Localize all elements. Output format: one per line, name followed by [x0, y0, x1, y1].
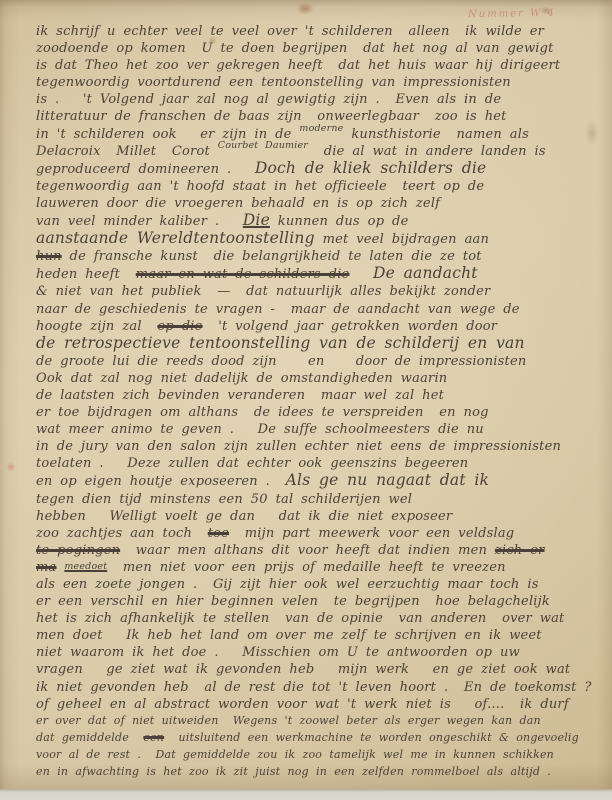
letter-text	[56, 560, 64, 575]
letter-line: van veel minder kaliber . Die kunnen dus…	[36, 212, 594, 230]
letter-text: als een zoete jongen . Gij zijt hier ook…	[36, 577, 539, 592]
letter-text: litteratuur de franschen de baas zijn on…	[36, 109, 507, 124]
letter-text: in de jury van den salon zijn zullen ech…	[36, 439, 561, 454]
letter-line: er een verschil en hier beginnen velen t…	[36, 593, 594, 610]
letter-line: dat gemiddelde een uitsluitend een werkm…	[36, 730, 594, 747]
letter-line: er over dat of niet uitweiden Wegens 't …	[36, 713, 594, 730]
letter-body: ik schrijf u echter veel te veel over 't…	[36, 23, 594, 781]
letter-text: hebben Welligt voelt ge dan dat ik die n…	[36, 509, 452, 524]
letter-line: men doet Ik heb het land om over me zelf…	[36, 627, 594, 644]
letter-text: dat gemiddelde	[36, 731, 143, 744]
letter-text: kunnen dus op de	[270, 214, 409, 229]
letter-line: zoodoende op komen U te doen begrijpen d…	[36, 40, 594, 57]
letter-text: 't volgend jaar getrokken worden door	[203, 319, 498, 334]
letter-text: wat meer animo te geven . De suffe schoo…	[36, 422, 484, 437]
letter-text: aanstaande Wereldtentoonstelling	[36, 229, 315, 247]
letter-line: is . 't Volgend jaar zal nog al gewigtig…	[36, 91, 594, 108]
letter-line: ik schrijf u echter veel te veel over 't…	[36, 23, 594, 40]
struck-text: zich er	[495, 543, 545, 558]
struck-text: ma	[36, 560, 56, 575]
scan-background-strip	[0, 789, 612, 800]
letter-text: Delacroix Millet Corot	[36, 144, 218, 159]
letter-text: voor al de rest . Dat gemiddelde zou ik …	[36, 748, 554, 761]
letter-line: Delacroix Millet Corot Courbet Daumier d…	[36, 143, 594, 160]
archive-annotation: Nummer W 4	[468, 7, 598, 20]
letter-text: en in afwachting is het zoo ik zit juist…	[36, 765, 551, 778]
struck-text: te pogingen	[36, 543, 120, 558]
letter-line: vragen ge ziet wat ik gevonden heb mijn …	[36, 661, 594, 678]
letter-line: er toe bijdragen om althans de idees te …	[36, 404, 594, 421]
letter-text: is dat Theo het zoo ver gekregen heeft d…	[36, 58, 560, 73]
letter-text: men doet Ik heb het land om over me zelf…	[36, 628, 542, 643]
letter-text: met veel bijdragen aan	[315, 232, 489, 247]
struck-text: op die	[157, 319, 202, 334]
letter-text: niet waarom ik het doe . Misschien om U …	[36, 645, 520, 660]
letter-text: kunsthistorie namen als	[344, 127, 529, 142]
letter-text: het is zich afhankelijk te stellen van d…	[36, 611, 564, 626]
struck-text: maar en wat de schilders die	[136, 267, 350, 282]
letter-line: zoo zachtjes aan toch toe mijn part meew…	[36, 525, 594, 542]
letter-text: vragen ge ziet wat ik gevonden heb mijn …	[36, 662, 570, 677]
letter-text: ik schrijf u echter veel te veel over 't…	[36, 24, 544, 39]
letter-line: tegenwoordig aan 't hoofd staat in het o…	[36, 178, 594, 195]
letter-text: is . 't Volgend jaar zal nog al gewigtig…	[36, 92, 501, 107]
letter-line: wat meer animo te geven . De suffe schoo…	[36, 421, 594, 438]
letter-text: de laatsten zich bevinden veranderen maa…	[36, 388, 444, 403]
letter-line: aanstaande Wereldtentoonstelling met vee…	[36, 230, 594, 248]
letter-line: niet waarom ik het doe . Misschien om U …	[36, 644, 594, 661]
letter-line: of geheel en al abstract worden voor wat…	[36, 696, 594, 713]
letter-page: Nummer W 4 ik schrijf u echter veel te v…	[0, 0, 612, 789]
letter-line: hun de fransche kunst die belangrijkheid…	[36, 248, 594, 265]
struck-text: toe	[208, 526, 229, 541]
letter-line: en op eigen houtje exposeeren . Als ge n…	[36, 472, 594, 490]
letter-text: heden heeft	[36, 267, 136, 282]
paper-stain	[6, 462, 16, 472]
letter-line: ik niet gevonden heb al de rest die tot …	[36, 679, 594, 696]
letter-text: waar men althans dit voor heeft dat indi…	[120, 543, 495, 558]
letter-text: ik niet gevonden heb al de rest die tot …	[36, 680, 592, 695]
letter-text: toelaten . Deze zullen dat echter ook ge…	[36, 456, 468, 471]
letter-line: de retrospectieve tentoonstelling van de…	[36, 335, 594, 353]
letter-text: zoodoende op komen U te doen begrijpen d…	[36, 41, 554, 56]
letter-line: te pogingen waar men althans dit voor he…	[36, 542, 594, 559]
struck-text: een	[143, 731, 164, 744]
letter-line: heden heeft maar en wat de schilders die…	[36, 265, 594, 283]
letter-line: is dat Theo het zoo ver gekregen heeft d…	[36, 57, 594, 74]
letter-text: er over dat of niet uitweiden Wegens 't …	[36, 714, 541, 727]
letter-text: hoogte zijn zal	[36, 319, 157, 334]
letter-text: er toe bijdragen om althans de idees te …	[36, 405, 489, 420]
letter-text: Ook dat zal nog niet dadelijk de omstand…	[36, 371, 447, 386]
letter-text: uitsluitend een werkmachine te worden on…	[164, 731, 579, 744]
letter-line: de groote lui die reeds dood zijn en doo…	[36, 353, 594, 370]
letter-text: lauweren door die vroegeren behaald en i…	[36, 196, 440, 211]
letter-line: Ook dat zal nog niet dadelijk de omstand…	[36, 370, 594, 387]
letter-line: ma meedoet men niet voor een prijs of me…	[36, 559, 594, 576]
letter-text	[349, 267, 373, 282]
letter-line: voor al de rest . Dat gemiddelde zou ik …	[36, 747, 594, 764]
letter-text: die al wat in andere landen is	[308, 144, 546, 159]
letter-line: in 't schilderen ook er zijn in de moder…	[36, 126, 594, 143]
letter-text: de groote lui die reeds dood zijn en doo…	[36, 354, 526, 369]
letter-line: hoogte zijn zal op die 't volgend jaar g…	[36, 318, 594, 335]
struck-text: hun	[36, 249, 62, 264]
letter-text: geproduceerd domineeren .	[36, 162, 255, 177]
letter-text: men niet voor een prijs of medaille heef…	[107, 560, 505, 575]
letter-line: de laatsten zich bevinden veranderen maa…	[36, 387, 594, 404]
letter-text: tegen dien tijd minstens een 50 tal schi…	[36, 492, 412, 507]
letter-text: tegenwoordig aan 't hoofd staat in het o…	[36, 179, 484, 194]
letter-line: en in afwachting is het zoo ik zit juist…	[36, 764, 594, 781]
letter-line: & niet van het publiek — dat natuurlijk …	[36, 283, 594, 300]
letter-text: & niet van het publiek — dat natuurlijk …	[36, 284, 490, 299]
letter-text: naar de geschiedenis te vragen - maar de…	[36, 302, 520, 317]
letter-line: naar de geschiedenis te vragen - maar de…	[36, 301, 594, 318]
letter-text: of geheel en al abstract worden voor wat…	[36, 697, 569, 712]
letter-text: Als ge nu nagaat dat ik	[286, 471, 490, 489]
letter-text: mijn part meewerk voor een veldslag	[229, 526, 514, 541]
letter-text: De aandacht	[373, 264, 478, 282]
letter-line: in de jury van den salon zijn zullen ech…	[36, 438, 594, 455]
letter-text: Die	[243, 211, 270, 229]
letter-line: hebben Welligt voelt ge dan dat ik die n…	[36, 508, 594, 525]
letter-line: tegenwoordig voortdurend een tentoonstel…	[36, 74, 594, 91]
paper-stain	[296, 2, 314, 15]
letter-text: Doch de kliek schilders die	[255, 159, 487, 177]
letter-text: tegenwoordig voortdurend een tentoonstel…	[36, 75, 511, 90]
letter-line: geproduceerd domineeren . Doch de kliek …	[36, 160, 594, 178]
letter-line: lauweren door die vroegeren behaald en i…	[36, 195, 594, 212]
letter-line: tegen dien tijd minstens een 50 tal schi…	[36, 491, 594, 508]
letter-line: toelaten . Deze zullen dat echter ook ge…	[36, 455, 594, 472]
letter-line: als een zoete jongen . Gij zijt hier ook…	[36, 576, 594, 593]
letter-text: de retrospectieve tentoonstelling van de…	[36, 334, 525, 352]
letter-text: er een verschil en hier beginnen velen t…	[36, 594, 550, 609]
letter-text: de fransche kunst die belangrijkheid te …	[62, 249, 482, 264]
letter-text: en op eigen houtje exposeeren .	[36, 474, 286, 489]
letter-text: van veel minder kaliber .	[36, 214, 243, 229]
letter-text: zoo zachtjes aan toch	[36, 526, 208, 541]
letter-line: het is zich afhankelijk te stellen van d…	[36, 610, 594, 627]
